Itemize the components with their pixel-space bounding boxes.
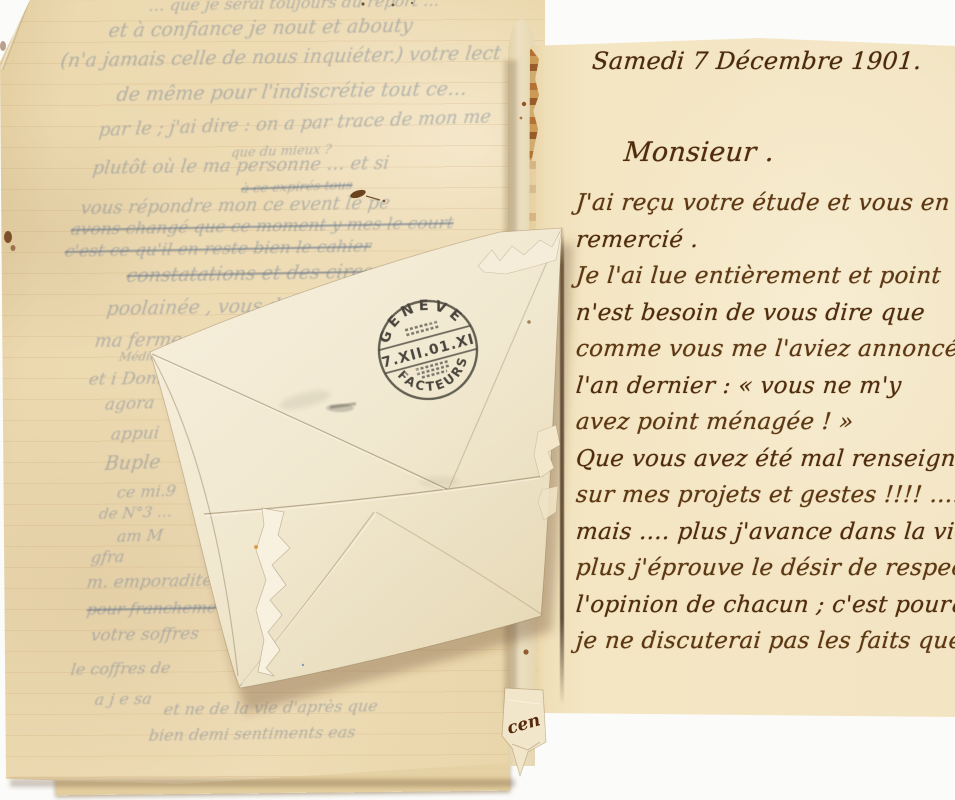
ink-spots — [0, 2, 413, 251]
ink-splotch — [349, 188, 385, 202]
envelope-overlay: GENEVE FACTEURS 7.XII.01.XI cen — [0, 0, 955, 800]
fragment-slip: cen — [502, 688, 546, 776]
envelope: GENEVE FACTEURS 7.XII.01.XI — [150, 228, 562, 688]
paper-fleck — [254, 545, 258, 549]
draft-bottom-shadow — [10, 779, 515, 787]
envelope-body — [150, 228, 562, 688]
blue-fleck — [302, 664, 304, 666]
scanned-letter-scene: … que je serai toujours du report …et à … — [0, 0, 955, 800]
